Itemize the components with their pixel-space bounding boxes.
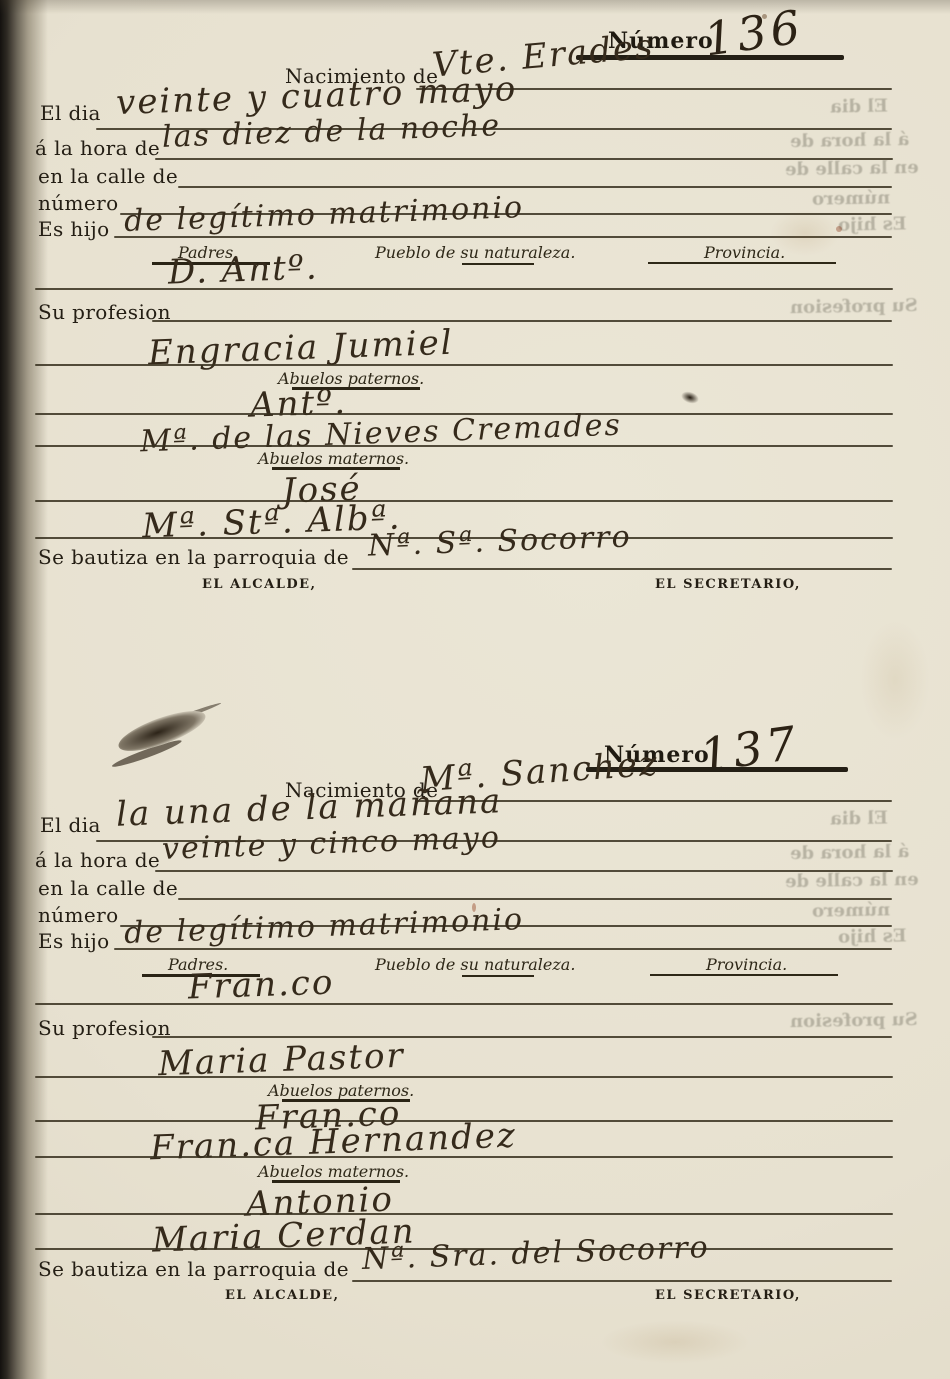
paper-stain [600,1320,750,1364]
bleedthrough-text: número [812,899,891,921]
bleedthrough-text: Es hijo [838,213,907,235]
ruled-line [35,288,893,290]
ruled-line [152,320,892,322]
ruled-line [35,1156,893,1158]
ruled-line [178,898,892,900]
ruled-line [352,568,892,570]
bleedthrough-text: El dia [830,95,888,117]
se-bautiza-label: Se bautiza en la parroquia de [38,545,349,569]
es-hijo-label: Es hijo [38,217,110,241]
registry-scan-page: Número 136 Nacimiento de Vte. Erades El … [0,0,950,1379]
provincia-underline [650,974,838,976]
hora-label: á la hora de [35,136,160,160]
padre-value-handwritten: Fran.co [187,962,335,1007]
alcalde-signature-label: EL ALCALDE, [225,1288,340,1303]
bleedthrough-text: El dia [830,807,888,829]
birth-record-137: Número 137 Nacimiento de Mª. Sanchez El … [0,710,950,1350]
paper-stain [770,210,840,256]
padre-value-handwritten: D. Antº. [167,247,319,292]
numero-casa-label: número [38,903,119,927]
paper-stain [860,620,930,740]
pueblo-column-label: Pueblo de su naturaleza. [375,243,575,262]
el-dia-label: El dia [40,813,101,837]
ruled-line [178,186,892,188]
hijo-value-handwritten: de legítimo matrimonio [124,902,525,951]
secretario-signature-label: EL SECRETARIO, [655,577,801,592]
calle-label: en la calle de [38,876,178,900]
hijo-value-handwritten: de legítimo matrimonio [124,190,525,239]
parroquia-value-handwritten: Nª. Sª. Socorro [367,519,632,563]
bleedthrough-text: número [812,187,891,209]
bleedthrough-text: en la calle de [785,869,919,892]
abuela-materna-value-handwritten: Mª. Stª. Albª. [141,497,402,546]
ruled-line [35,1213,893,1215]
ruled-line [35,364,893,366]
provincia-column-label: Provincia. [706,955,787,974]
hora-label: á la hora de [35,848,160,872]
abuelos-maternos-label: Abuelos maternos. [258,449,409,468]
ruled-line [352,1280,892,1282]
secretario-signature-label: EL SECRETARIO, [655,1288,801,1303]
numero-casa-label: número [38,191,119,215]
ink-speck [472,903,476,912]
provincia-underline [648,262,836,264]
alcalde-signature-label: EL ALCALDE, [202,577,317,592]
el-dia-label: El dia [40,101,101,125]
es-hijo-label: Es hijo [38,929,110,953]
ruled-line [35,500,893,502]
pueblo-underline [462,975,534,977]
birth-record-136: Número 136 Nacimiento de Vte. Erades El … [0,0,950,640]
ink-speck [762,14,767,19]
ruled-line [155,158,893,160]
calle-label: en la calle de [38,164,178,188]
ruled-line [152,1036,892,1038]
ruled-line [155,870,893,872]
se-bautiza-label: Se bautiza en la parroquia de [38,1257,349,1281]
ruled-line [35,445,893,447]
bleedthrough-text: á la hora de [790,129,910,152]
provincia-column-label: Provincia. [704,243,785,262]
pueblo-column-label: Pueblo de su naturaleza. [375,955,575,974]
pueblo-underline [462,263,534,265]
ruled-line [35,1076,893,1078]
abuelos-maternos-label: Abuelos maternos. [258,1162,409,1181]
ruled-line [114,948,892,950]
ruled-line [35,1003,893,1005]
abuela-paterna-value-handwritten: Fran.ca Hernandez [149,1116,517,1169]
bleedthrough-text: Su profesion [790,295,918,318]
bleedthrough-text: en la calle de [785,157,919,180]
numero-value-handwritten: 137 [697,715,803,782]
bleedthrough-text: Su profesion [790,1009,918,1032]
bleedthrough-text: á la hora de [790,841,910,864]
bleedthrough-text: Es hijo [838,925,907,947]
